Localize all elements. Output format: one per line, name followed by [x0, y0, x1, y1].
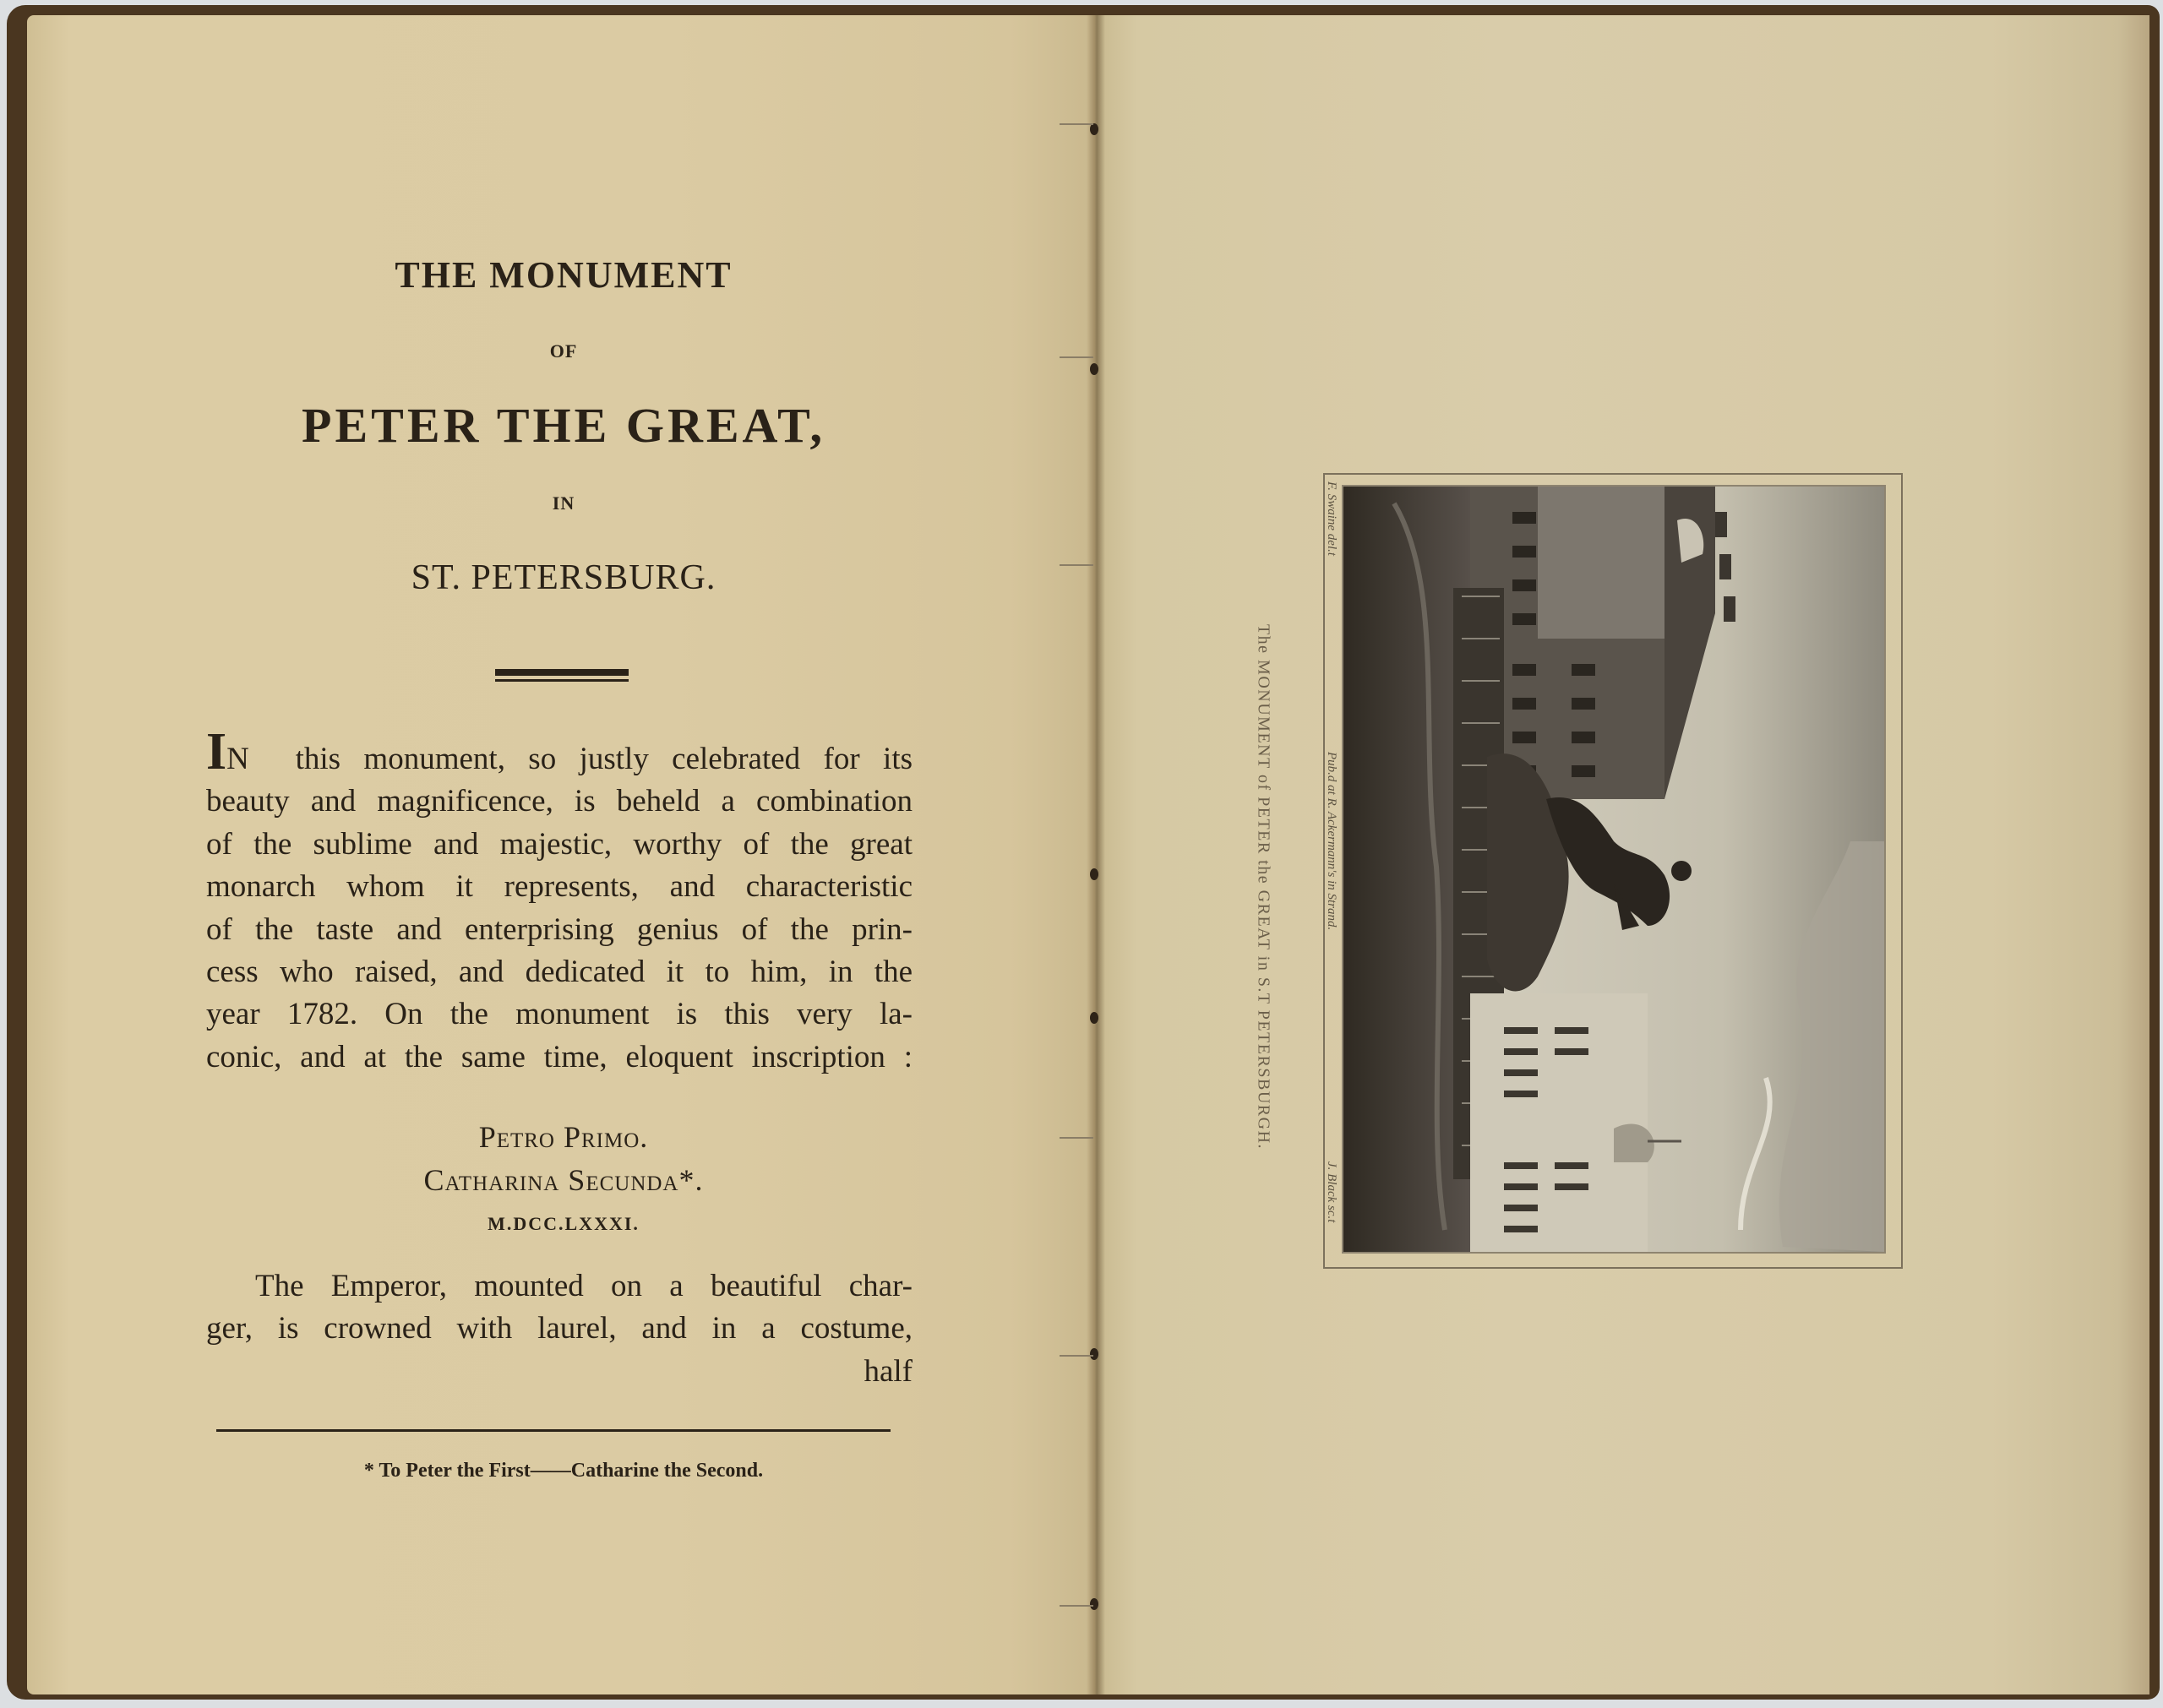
title-line-of: OF	[196, 340, 931, 362]
title-line-in: IN	[196, 492, 931, 514]
binding-thread	[1060, 1137, 1093, 1139]
equestrian-statue-engraving	[1343, 487, 1884, 1252]
title-line-st-petersburg: ST. PETERSBURG.	[196, 558, 931, 598]
body-line-4: of the taste and enterprising genius of …	[206, 909, 913, 951]
body-line-5: cess who raised, and dedicated it to him…	[206, 951, 913, 993]
inscription-date: M.DCC.LXXXI.	[196, 1213, 931, 1235]
body-paragraph: IN this monument, so justly celebrated f…	[206, 735, 913, 1079]
ornamental-rule	[495, 669, 629, 684]
catchword: half	[206, 1351, 913, 1393]
body-line-7: conic, and at the same time, eloquent in…	[206, 1036, 913, 1079]
plate-caption: The MONUMENT of PETER the GREAT in S.T P…	[1246, 549, 1280, 1225]
drop-cap: I	[206, 723, 226, 781]
body-line-2: of the sublime and majestic, worthy of t…	[206, 824, 913, 866]
binding-stitch	[1090, 868, 1098, 880]
continuation-line-0: The Emperor, mounted on a beautiful char…	[206, 1265, 913, 1308]
body-line-text: this monument, so justly celebrated for …	[296, 742, 913, 776]
inscription-petro-primo: Petro Primo.	[196, 1119, 931, 1155]
binding-stitch	[1090, 123, 1098, 135]
binding-thread	[1060, 1605, 1093, 1607]
body-line-1: beauty and magnificence, is beheld a com…	[206, 781, 913, 823]
engraving-plate	[1342, 485, 1886, 1254]
binding-thread	[1060, 356, 1093, 358]
body-line-3: monarch whom it represents, and characte…	[206, 866, 913, 908]
inscription-catharina-secunda: Catharina Secunda*.	[196, 1162, 931, 1198]
binding-thread	[1060, 123, 1093, 125]
title-line-monument: THE MONUMENT	[196, 253, 931, 296]
binding-thread	[1060, 1355, 1093, 1357]
body-line-6: year 1782. On the monument is this very …	[206, 993, 913, 1036]
footnote: * To Peter the First——Catharine the Seco…	[196, 1460, 931, 1482]
credit-artist: F. Swaine del.t	[1324, 481, 1338, 556]
binding-stitch	[1090, 1598, 1098, 1610]
binding-thread	[1060, 564, 1093, 566]
book-gutter	[1087, 15, 1105, 1694]
body-line-0: IN this monument, so justly celebrated f…	[206, 735, 913, 781]
continuation-line-1: ger, is crowned with laurel, and in a co…	[206, 1308, 913, 1350]
title-line-peter: PETER THE GREAT,	[196, 397, 931, 454]
rule-thick	[495, 669, 629, 676]
credit-engraver: J. Black sc.t	[1324, 1161, 1338, 1222]
drop-cap-rest: N	[226, 742, 249, 776]
binding-stitch	[1090, 1348, 1098, 1360]
rule-thin	[495, 679, 629, 682]
binding-stitch	[1090, 1012, 1098, 1024]
footnote-rule	[216, 1429, 891, 1432]
credit-publisher: Pub.d at R. Ackermann's in Strand.	[1324, 752, 1338, 930]
binding-stitch	[1090, 363, 1098, 375]
continuation-paragraph: The Emperor, mounted on a beautiful char…	[206, 1265, 913, 1393]
plate-credits: F. Swaine del.t Pub.d at R. Ackermann's …	[1327, 473, 1342, 1265]
plate-caption-text: The MONUMENT of PETER the GREAT in S.T P…	[1254, 624, 1273, 1150]
